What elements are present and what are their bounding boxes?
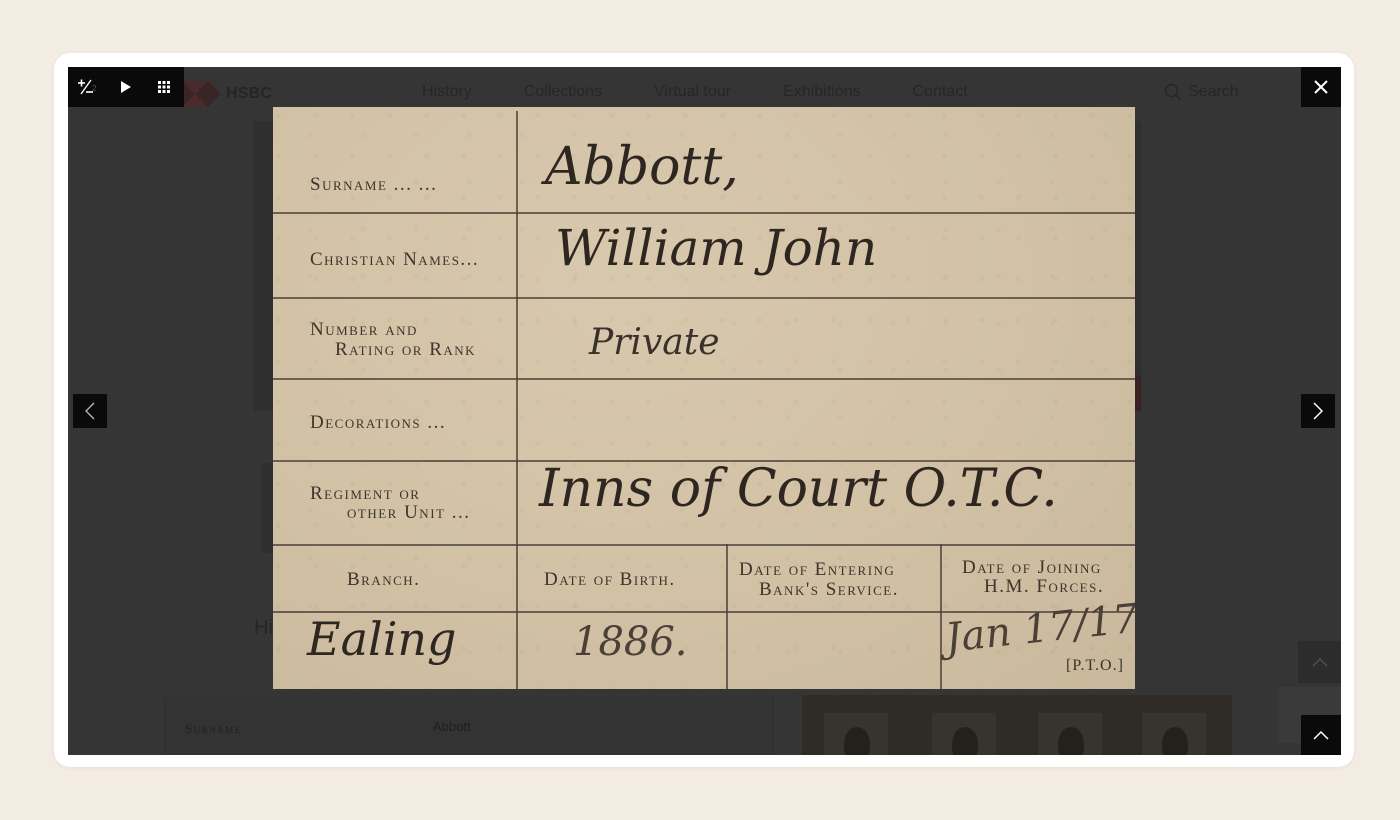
play-icon xyxy=(120,80,132,94)
search-icon xyxy=(1164,83,1182,101)
group-photo-thumbnail[interactable] xyxy=(802,695,1232,755)
chevron-right-icon xyxy=(1313,402,1323,420)
nav-contact[interactable]: Contact xyxy=(913,83,968,101)
hsbc-hexagon-icon xyxy=(182,81,222,107)
nav-exhibitions[interactable]: Exhibitions xyxy=(783,83,860,101)
regiment-label-line2: other Unit ... xyxy=(347,503,470,523)
close-icon xyxy=(1314,80,1328,94)
pto-note: [P.T.O.] xyxy=(1066,656,1124,676)
rank-value: Private xyxy=(589,322,720,363)
search-label: Search xyxy=(1188,83,1239,101)
section-heading: Hi xyxy=(254,617,273,640)
rank-label-line1: Number and xyxy=(310,320,418,340)
zoom-toggle-button[interactable]: 2 xyxy=(68,67,107,107)
rank-label-line2: Rating or Rank xyxy=(335,340,476,360)
nav-collections[interactable]: Collections xyxy=(524,83,602,101)
slideshow-play-button[interactable] xyxy=(107,67,146,107)
bank-service-label-line2: Bank's Service. xyxy=(759,580,899,600)
surname-label: Surname ... ... xyxy=(310,175,437,195)
previous-image-button[interactable] xyxy=(73,394,107,428)
forces-value: Jan 17/17. xyxy=(943,594,1135,661)
chevron-up-icon xyxy=(1313,730,1329,740)
hsbc-logo[interactable]: HSBC xyxy=(182,81,272,107)
background-scroll-up xyxy=(1298,641,1341,683)
background-panel xyxy=(1135,121,1141,375)
surname-value: Abbott, xyxy=(545,137,739,197)
next-image-button[interactable] xyxy=(1301,394,1335,428)
record-table: Surname Abbott xyxy=(164,697,774,755)
background-accent xyxy=(1135,375,1141,411)
nav-virtual-tour[interactable]: Virtual tour xyxy=(654,83,731,101)
regiment-value: Inns of Court O.T.C. xyxy=(539,459,1058,519)
nav-history[interactable]: History xyxy=(422,83,472,101)
branch-label: Branch. xyxy=(347,570,420,590)
hsbc-wordmark: HSBC xyxy=(226,85,272,103)
bank-service-label-line1: Date of Entering xyxy=(739,560,895,580)
chevron-left-icon xyxy=(85,402,95,420)
grid-icon xyxy=(158,81,170,93)
christian-names-value: William John xyxy=(555,219,877,277)
zoom-plus-minus-icon: 2 xyxy=(77,78,97,96)
table-value-surname: Abbott xyxy=(433,719,471,734)
site-search[interactable]: Search xyxy=(1164,83,1239,101)
decorations-label: Decorations ... xyxy=(310,413,446,433)
regiment-label-line1: Regiment or xyxy=(310,484,420,504)
svg-text:2: 2 xyxy=(92,84,97,93)
christian-names-label: Christian Names... xyxy=(310,250,479,270)
dob-value: 1886. xyxy=(573,619,688,665)
dob-label: Date of Birth. xyxy=(544,570,676,590)
background-panel xyxy=(261,463,273,553)
lightbox-toolbar: 2 xyxy=(68,67,184,107)
site-nav: History Collections Virtual tour Exhibit… xyxy=(422,83,1020,101)
forces-label-line2: H.M. Forces. xyxy=(984,577,1104,597)
branch-value: Ealing xyxy=(307,612,457,666)
scroll-to-top-button[interactable] xyxy=(1301,715,1341,755)
forces-label-line1: Date of Joining xyxy=(962,558,1102,578)
service-record-card-image: Surname ... ... Abbott, Christian Names.… xyxy=(273,107,1135,689)
close-button[interactable] xyxy=(1301,67,1341,107)
thumbnails-button[interactable] xyxy=(145,67,184,107)
table-label-surname: Surname xyxy=(185,719,242,739)
